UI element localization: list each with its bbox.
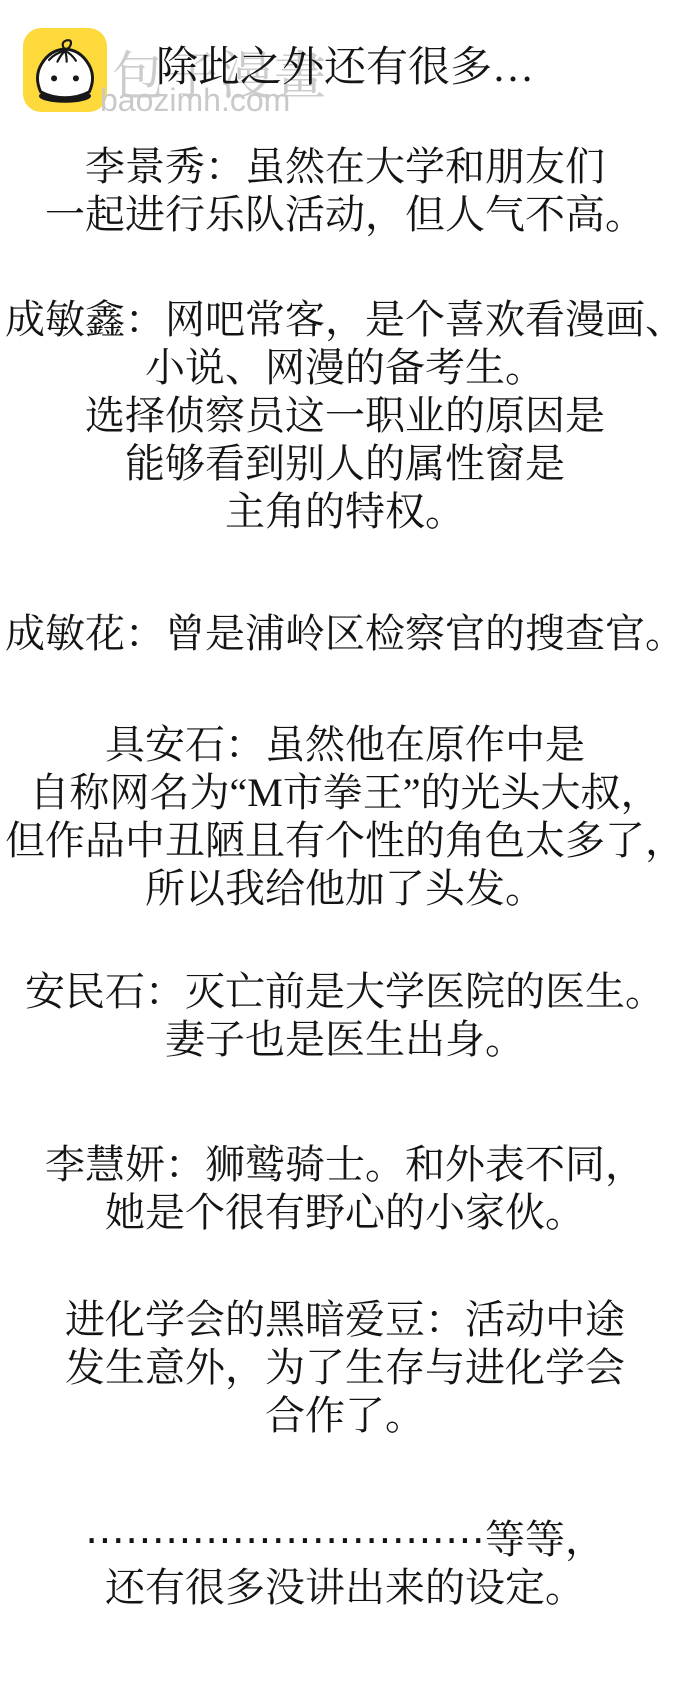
character-note-ju-anshi: 具安石：虽然他在原作中是 自称网名为“M市拳王”的光头大叔， 但作品中丑陋且有个… xyxy=(0,721,690,913)
note-evolution-society-idol: 进化学会的黑暗爱豆：活动中途 发生意外，为了生存与进化学会 合作了。 xyxy=(0,1296,690,1440)
note-line: 还有很多没讲出来的设定。 xyxy=(0,1564,690,1612)
character-note-cheng-minxin: 成敏鑫：网吧常客，是个喜欢看漫画、 小说、网漫的备考生。 选择侦察员这一职业的原… xyxy=(0,296,690,536)
character-note-li-huiyan: 李慧妍：狮鹫骑士。和外表不同， 她是个很有野心的小家伙。 xyxy=(0,1141,690,1237)
note-line: 但作品中丑陋且有个性的角色太多了， xyxy=(0,817,690,865)
note-line: 能够看到别人的属性窗是 xyxy=(0,440,690,488)
note-line: 所以我给他加了头发。 xyxy=(0,865,690,913)
note-line: 发生意外，为了生存与进化学会 xyxy=(0,1344,690,1392)
note-line: 自称网名为“M市拳王”的光头大叔， xyxy=(0,769,690,817)
note-line: 成敏花：曾是浦岭区检察官的搜查官。 xyxy=(0,610,690,658)
note-line: ⋯⋯⋯⋯⋯⋯⋯⋯⋯⋯等等， xyxy=(0,1516,690,1564)
note-line: 李景秀：虽然在大学和朋友们 xyxy=(0,143,690,191)
note-line: 选择侦察员这一职业的原因是 xyxy=(0,392,690,440)
note-line: 成敏鑫：网吧常客，是个喜欢看漫画、 xyxy=(0,296,690,344)
note-line: 具安石：虽然他在原作中是 xyxy=(0,721,690,769)
note-line: 一起进行乐队活动，但人气不高。 xyxy=(0,191,690,239)
note-line: 她是个很有野心的小家伙。 xyxy=(0,1189,690,1237)
character-note-li-jingxiu: 李景秀：虽然在大学和朋友们 一起进行乐队活动，但人气不高。 xyxy=(0,143,690,239)
note-line: 妻子也是医生出身。 xyxy=(0,1016,690,1064)
note-etcetera: ⋯⋯⋯⋯⋯⋯⋯⋯⋯⋯等等， 还有很多没讲出来的设定。 xyxy=(0,1516,690,1612)
note-line: 合作了。 xyxy=(0,1392,690,1440)
character-note-an-minshi: 安民石：灭亡前是大学医院的医生。 妻子也是医生出身。 xyxy=(0,968,690,1064)
comic-author-notes-page: 包子漫畫 baozimh.com 除此之外还有很多… 李景秀：虽然在大学和朋友们… xyxy=(0,0,690,1682)
page-title: 除此之外还有很多… xyxy=(0,44,690,92)
note-line: 主角的特权。 xyxy=(0,488,690,536)
note-line: 李慧妍：狮鹫骑士。和外表不同， xyxy=(0,1141,690,1189)
note-line: 小说、网漫的备考生。 xyxy=(0,344,690,392)
character-note-cheng-minhua: 成敏花：曾是浦岭区检察官的搜查官。 xyxy=(0,610,690,658)
note-line: 进化学会的黑暗爱豆：活动中途 xyxy=(0,1296,690,1344)
note-line: 安民石：灭亡前是大学医院的医生。 xyxy=(0,968,690,1016)
